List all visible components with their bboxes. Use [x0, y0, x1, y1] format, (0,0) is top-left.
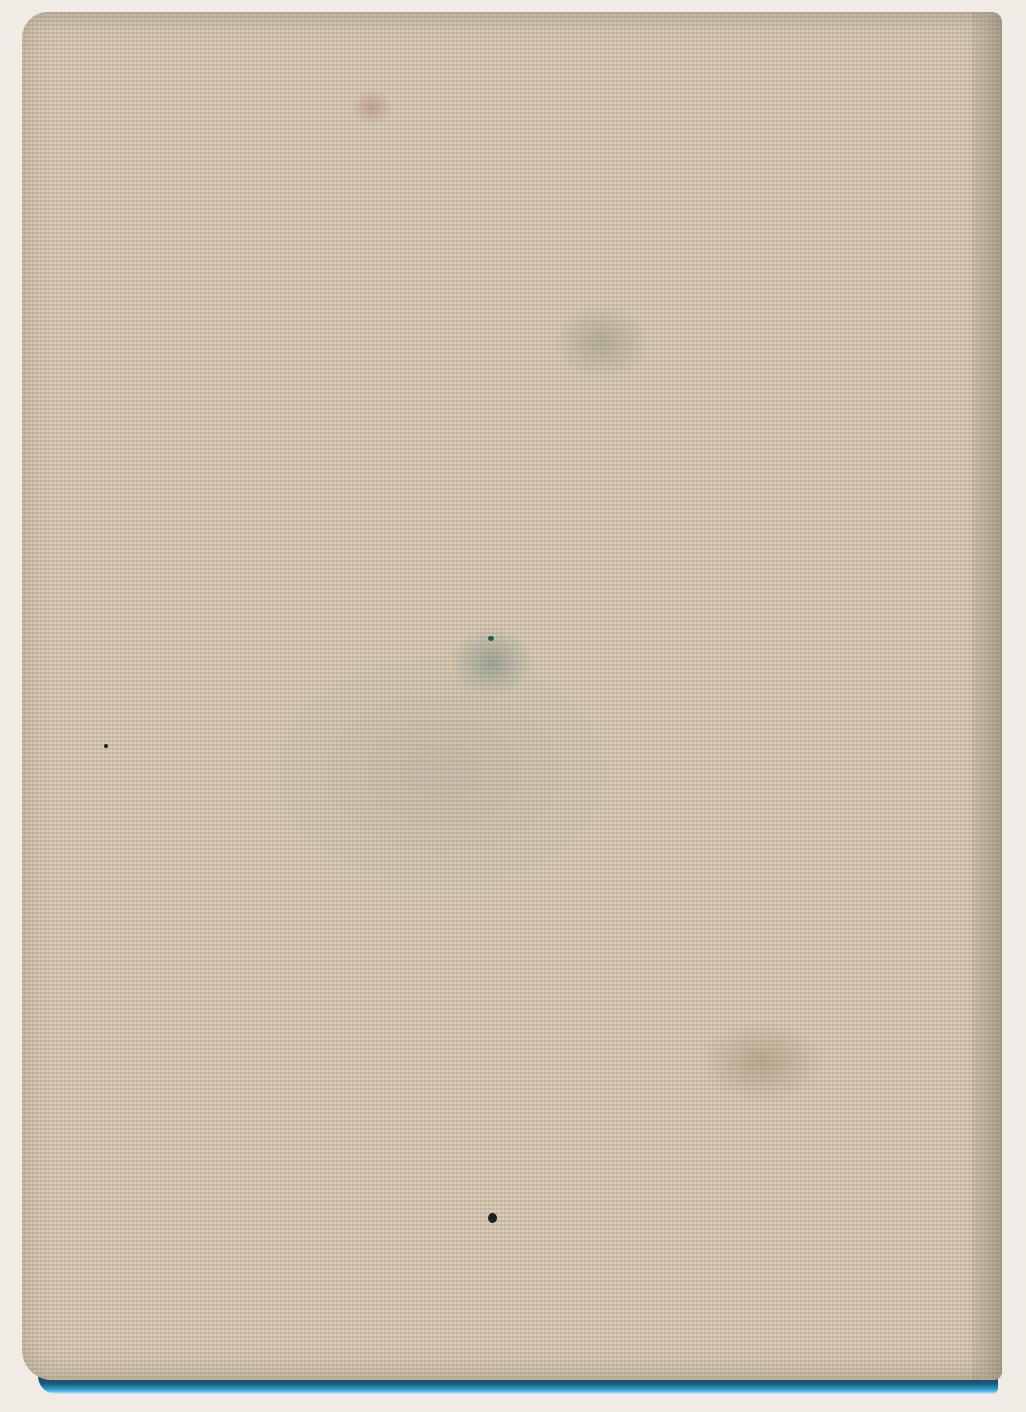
image-description: Beige linen-textured cloth cover with fr… [0, 0, 1, 1]
book-spine [972, 12, 1002, 1380]
book-cover [22, 12, 1002, 1380]
ink-spot [488, 1213, 497, 1223]
ink-spot [104, 744, 108, 748]
ink-stain [488, 636, 494, 641]
